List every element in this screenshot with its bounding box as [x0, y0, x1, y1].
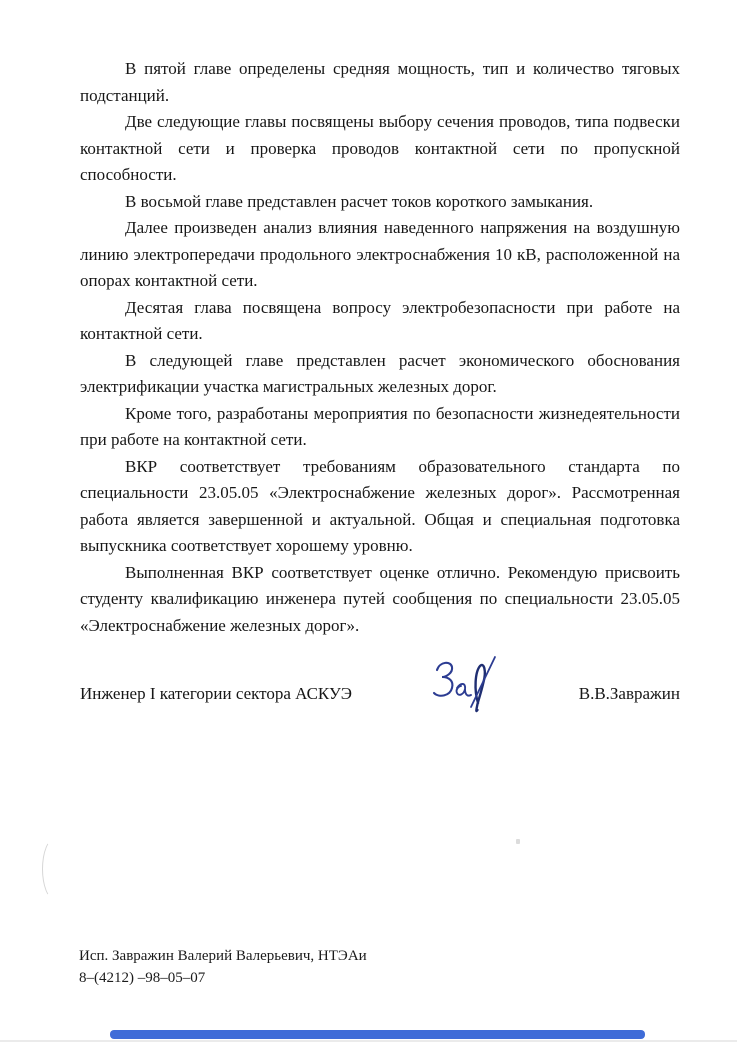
review-body-text: В пятой главе определены средняя мощност… [80, 56, 680, 639]
footer-contact-block: Исп. Завражин Валерий Валерьевич, НТЭАи … [79, 946, 367, 989]
signature-row: Инженер I категории сектора АСКУЭ В.В.За… [80, 684, 680, 708]
paragraph: Две следующие главы посвящены выбору сеч… [80, 109, 680, 189]
document-page: В пятой главе определены средняя мощност… [0, 0, 737, 1042]
signatory-position: Инженер I категории сектора АСКУЭ [80, 684, 352, 704]
paragraph: ВКР соответствует требованиям образовате… [80, 454, 680, 560]
horizontal-scrollbar-thumb[interactable] [110, 1030, 645, 1039]
scan-artifact-arc [42, 838, 68, 900]
scan-artifact-speck [516, 839, 520, 844]
executor-line: Исп. Завражин Валерий Валерьевич, НТЭАи [79, 946, 367, 968]
paragraph: В следующей главе представлен расчет эко… [80, 348, 680, 401]
paragraph: Далее произведен анализ влияния наведенн… [80, 215, 680, 295]
handwritten-signature [423, 652, 508, 718]
paragraph: В восьмой главе представлен расчет токов… [80, 189, 680, 216]
paragraph: В пятой главе определены средняя мощност… [80, 56, 680, 109]
signatory-name: В.В.Завражин [579, 684, 680, 704]
paragraph: Десятая глава посвящена вопросу электроб… [80, 295, 680, 348]
paragraph: Кроме того, разработаны мероприятия по б… [80, 401, 680, 454]
phone-line: 8–(4212) –98–05–07 [79, 968, 367, 990]
paragraph: Выполненная ВКР соответствует оценке отл… [80, 560, 680, 640]
